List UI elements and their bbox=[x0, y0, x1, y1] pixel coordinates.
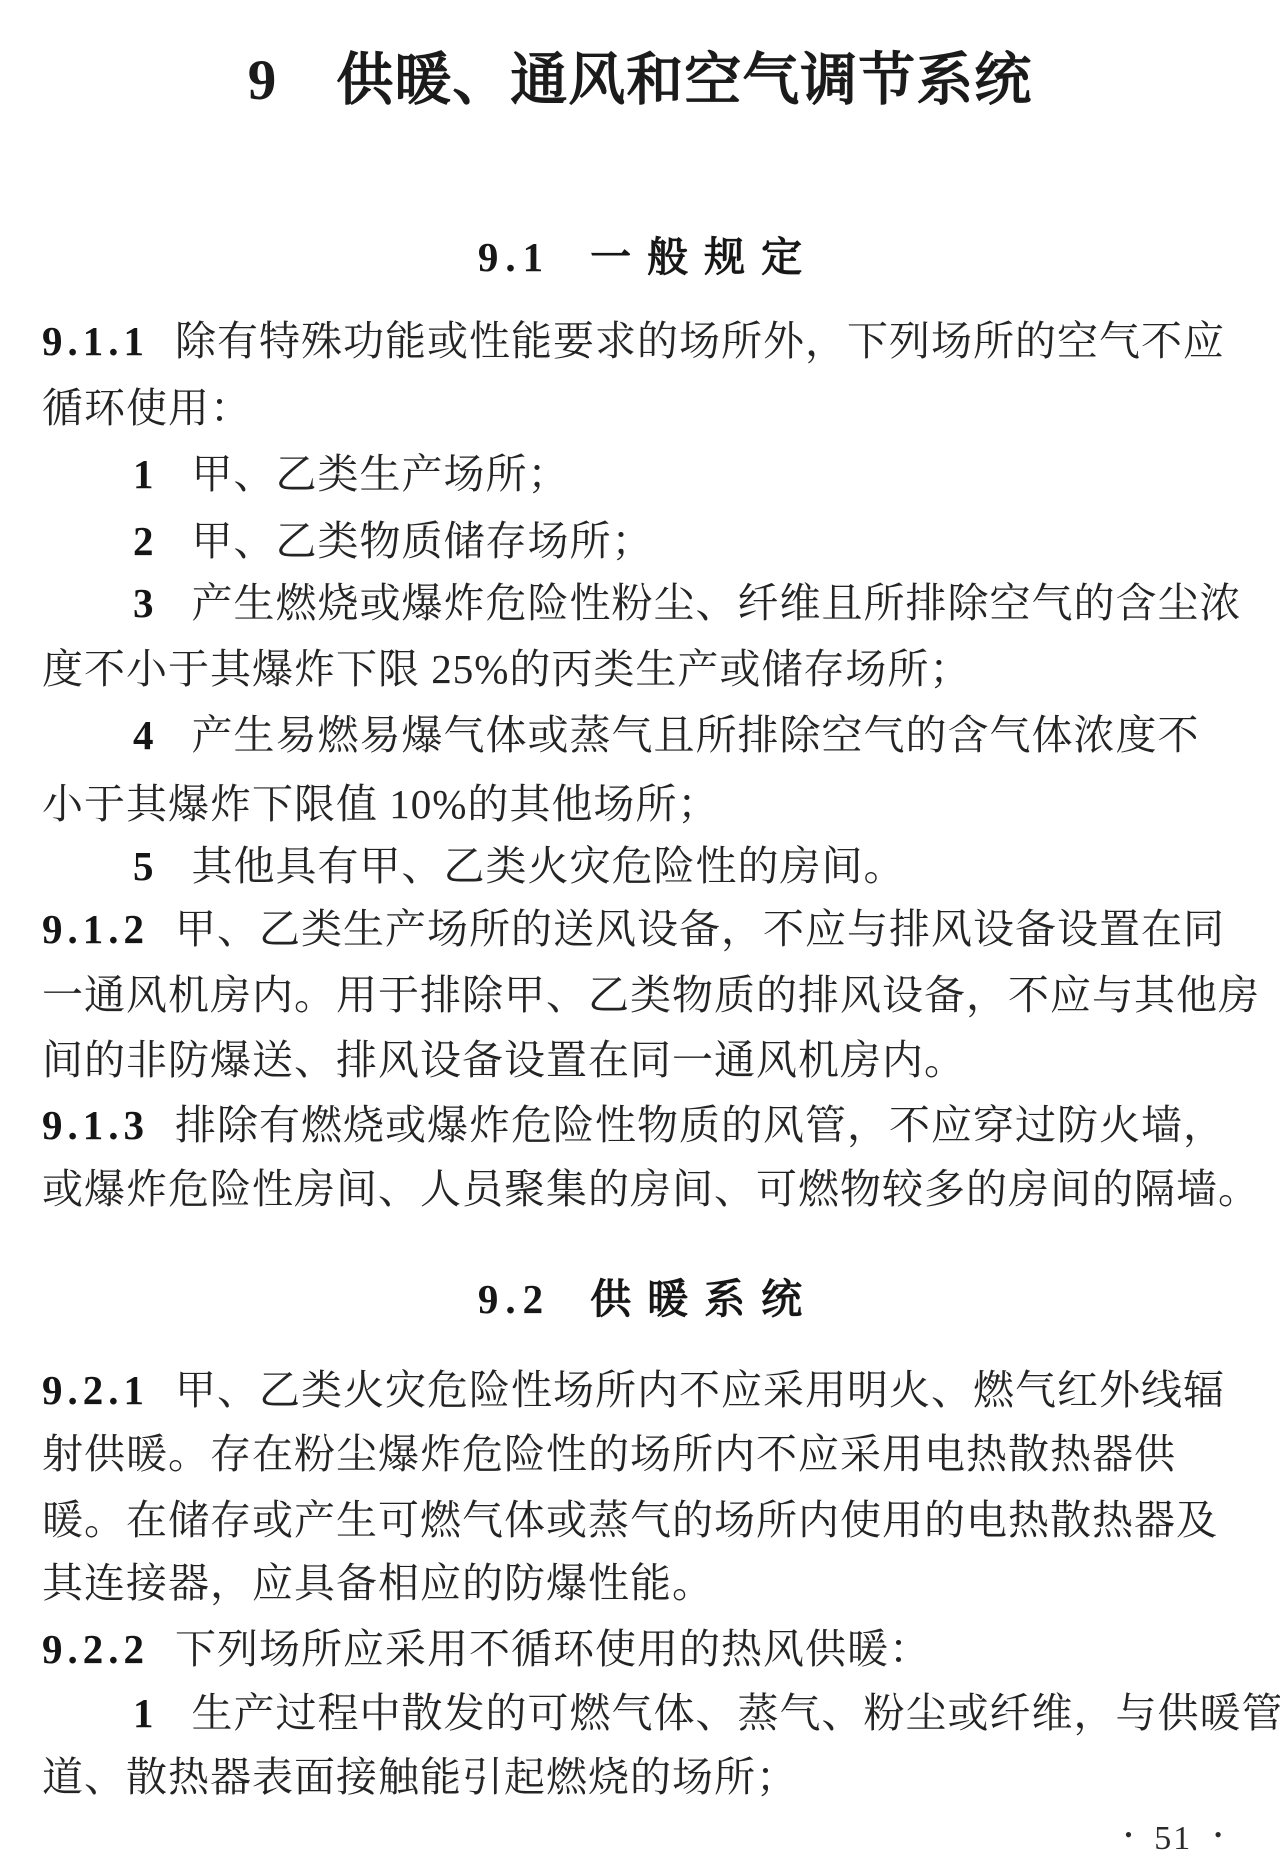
clause-text: 其连接器，应具备相应的防爆性能。 bbox=[42, 1560, 714, 1606]
item-text: 道、散热器表面接触能引起燃烧的场所； bbox=[42, 1754, 798, 1800]
document-page: 9供暖、通风和空气调节系统 9.1一般规定 9.1.1除有特殊功能或性能要求的场… bbox=[0, 0, 1280, 1860]
clause-9-2-1-line-4: 其连接器，应具备相应的防爆性能。 bbox=[42, 1560, 714, 1607]
item-number: 1 bbox=[133, 1690, 155, 1736]
page-number-dot-left: • bbox=[1125, 1822, 1133, 1847]
section-heading-9-2: 9.2供暖系统 bbox=[0, 1266, 1280, 1325]
item-text: 甲、乙类生产场所； bbox=[192, 451, 570, 497]
clause-text: 下列场所应采用不循环使用的热风供暖： bbox=[175, 1626, 931, 1672]
clause-text: 或爆炸危险性房间、人员聚集的房间、可燃物较多的房间的隔墙。 bbox=[42, 1166, 1260, 1212]
page-number-value: 51 bbox=[1154, 1820, 1192, 1857]
clause-9-1-1-line-1: 9.1.1除有特殊功能或性能要求的场所外，下列场所的空气不应 bbox=[42, 318, 1225, 365]
clause-number: 9.1.2 bbox=[42, 906, 149, 952]
section-heading-9-1: 9.1一般规定 bbox=[0, 224, 1280, 283]
item-text: 甲、乙类物质储存场所； bbox=[192, 518, 654, 564]
item-text: 产生燃烧或爆炸危险性粉尘、纤维且所排除空气的含尘浓 bbox=[192, 580, 1242, 626]
clause-9-2-2-line-1: 9.2.2下列场所应采用不循环使用的热风供暖： bbox=[42, 1626, 931, 1673]
list-item-3-line-1: 3产生燃烧或爆炸危险性粉尘、纤维且所排除空气的含尘浓 bbox=[42, 580, 1242, 627]
clause-text: 甲、乙类火灾危险性场所内不应采用明火、燃气红外线辐 bbox=[175, 1367, 1225, 1413]
clause-text: 一通风机房内。用于排除甲、乙类物质的排风设备，不应与其他房 bbox=[42, 972, 1260, 1018]
clause-9-1-2-line-2: 一通风机房内。用于排除甲、乙类物质的排风设备，不应与其他房 bbox=[42, 972, 1260, 1019]
chapter-number: 9 bbox=[248, 49, 279, 112]
section-number: 9.2 bbox=[478, 1276, 550, 1322]
clause-text: 循环使用： bbox=[42, 385, 252, 431]
clause-number: 9.2.1 bbox=[42, 1367, 149, 1413]
clause-number: 9.1.3 bbox=[42, 1102, 149, 1148]
clause-text: 暖。在储存或产生可燃气体或蒸气的场所内使用的电热散热器及 bbox=[42, 1497, 1218, 1543]
clause-number: 9.2.2 bbox=[42, 1626, 149, 1672]
list-item-9-2-2-1-line-1: 1生产过程中散发的可燃气体、蒸气、粉尘或纤维，与供暖管 bbox=[42, 1690, 1280, 1737]
page-number-dot-right: • bbox=[1214, 1822, 1222, 1847]
list-item-1: 1甲、乙类生产场所； bbox=[42, 451, 570, 498]
section-heading-text: 一般规定 bbox=[590, 234, 818, 280]
list-item-4-line-2: 小于其爆炸下限值 10%的其他场所； bbox=[42, 781, 719, 828]
clause-9-1-3-line-2: 或爆炸危险性房间、人员聚集的房间、可燃物较多的房间的隔墙。 bbox=[42, 1166, 1260, 1213]
clause-9-2-1-line-3: 暖。在储存或产生可燃气体或蒸气的场所内使用的电热散热器及 bbox=[42, 1497, 1218, 1544]
list-item-9-2-2-1-line-2: 道、散热器表面接触能引起燃烧的场所； bbox=[42, 1754, 798, 1801]
clause-9-1-2-line-1: 9.1.2甲、乙类生产场所的送风设备，不应与排风设备设置在同 bbox=[42, 906, 1225, 953]
clause-text: 排除有燃烧或爆炸危险性物质的风管，不应穿过防火墙， bbox=[175, 1102, 1225, 1148]
item-number: 1 bbox=[133, 451, 155, 497]
list-item-5: 5其他具有甲、乙类火灾危险性的房间。 bbox=[42, 843, 906, 890]
clause-9-1-1-line-2: 循环使用： bbox=[42, 385, 252, 432]
section-heading-text: 供暖系统 bbox=[590, 1276, 818, 1322]
item-number: 2 bbox=[133, 518, 155, 564]
page-number: •51• bbox=[1125, 1820, 1222, 1858]
item-text: 产生易燃易爆气体或蒸气且所排除空气的含气体浓度不 bbox=[192, 712, 1200, 758]
item-text: 其他具有甲、乙类火灾危险性的房间。 bbox=[192, 843, 906, 889]
item-number: 4 bbox=[133, 712, 155, 758]
section-number: 9.1 bbox=[478, 234, 550, 280]
item-text: 生产过程中散发的可燃气体、蒸气、粉尘或纤维，与供暖管 bbox=[192, 1690, 1280, 1736]
clause-9-1-2-line-3: 间的非防爆送、排风设备设置在同一通风机房内。 bbox=[42, 1037, 966, 1084]
item-text: 度不小于其爆炸下限 25%的丙类生产或储存场所； bbox=[42, 646, 971, 692]
chapter-title-text: 供暖、通风和空气调节系统 bbox=[336, 49, 1032, 112]
item-number: 3 bbox=[133, 580, 155, 626]
list-item-4-line-1: 4产生易燃易爆气体或蒸气且所排除空气的含气体浓度不 bbox=[42, 712, 1200, 759]
item-text: 小于其爆炸下限值 10%的其他场所； bbox=[42, 781, 719, 827]
clause-text: 射供暖。存在粉尘爆炸危险性的场所内不应采用电热散热器供 bbox=[42, 1431, 1176, 1477]
clause-9-2-1-line-2: 射供暖。存在粉尘爆炸危险性的场所内不应采用电热散热器供 bbox=[42, 1431, 1176, 1478]
clause-number: 9.1.1 bbox=[42, 318, 149, 364]
clause-text: 间的非防爆送、排风设备设置在同一通风机房内。 bbox=[42, 1037, 966, 1083]
list-item-2: 2甲、乙类物质储存场所； bbox=[42, 518, 654, 565]
clause-text: 除有特殊功能或性能要求的场所外，下列场所的空气不应 bbox=[175, 318, 1225, 364]
clause-text: 甲、乙类生产场所的送风设备，不应与排风设备设置在同 bbox=[175, 906, 1225, 952]
list-item-3-line-2: 度不小于其爆炸下限 25%的丙类生产或储存场所； bbox=[42, 646, 971, 693]
clause-9-1-3-line-1: 9.1.3排除有燃烧或爆炸危险性物质的风管，不应穿过防火墙， bbox=[42, 1102, 1225, 1149]
item-number: 5 bbox=[133, 843, 155, 889]
clause-9-2-1-line-1: 9.2.1甲、乙类火灾危险性场所内不应采用明火、燃气红外线辐 bbox=[42, 1367, 1225, 1414]
chapter-title: 9供暖、通风和空气调节系统 bbox=[0, 34, 1280, 116]
